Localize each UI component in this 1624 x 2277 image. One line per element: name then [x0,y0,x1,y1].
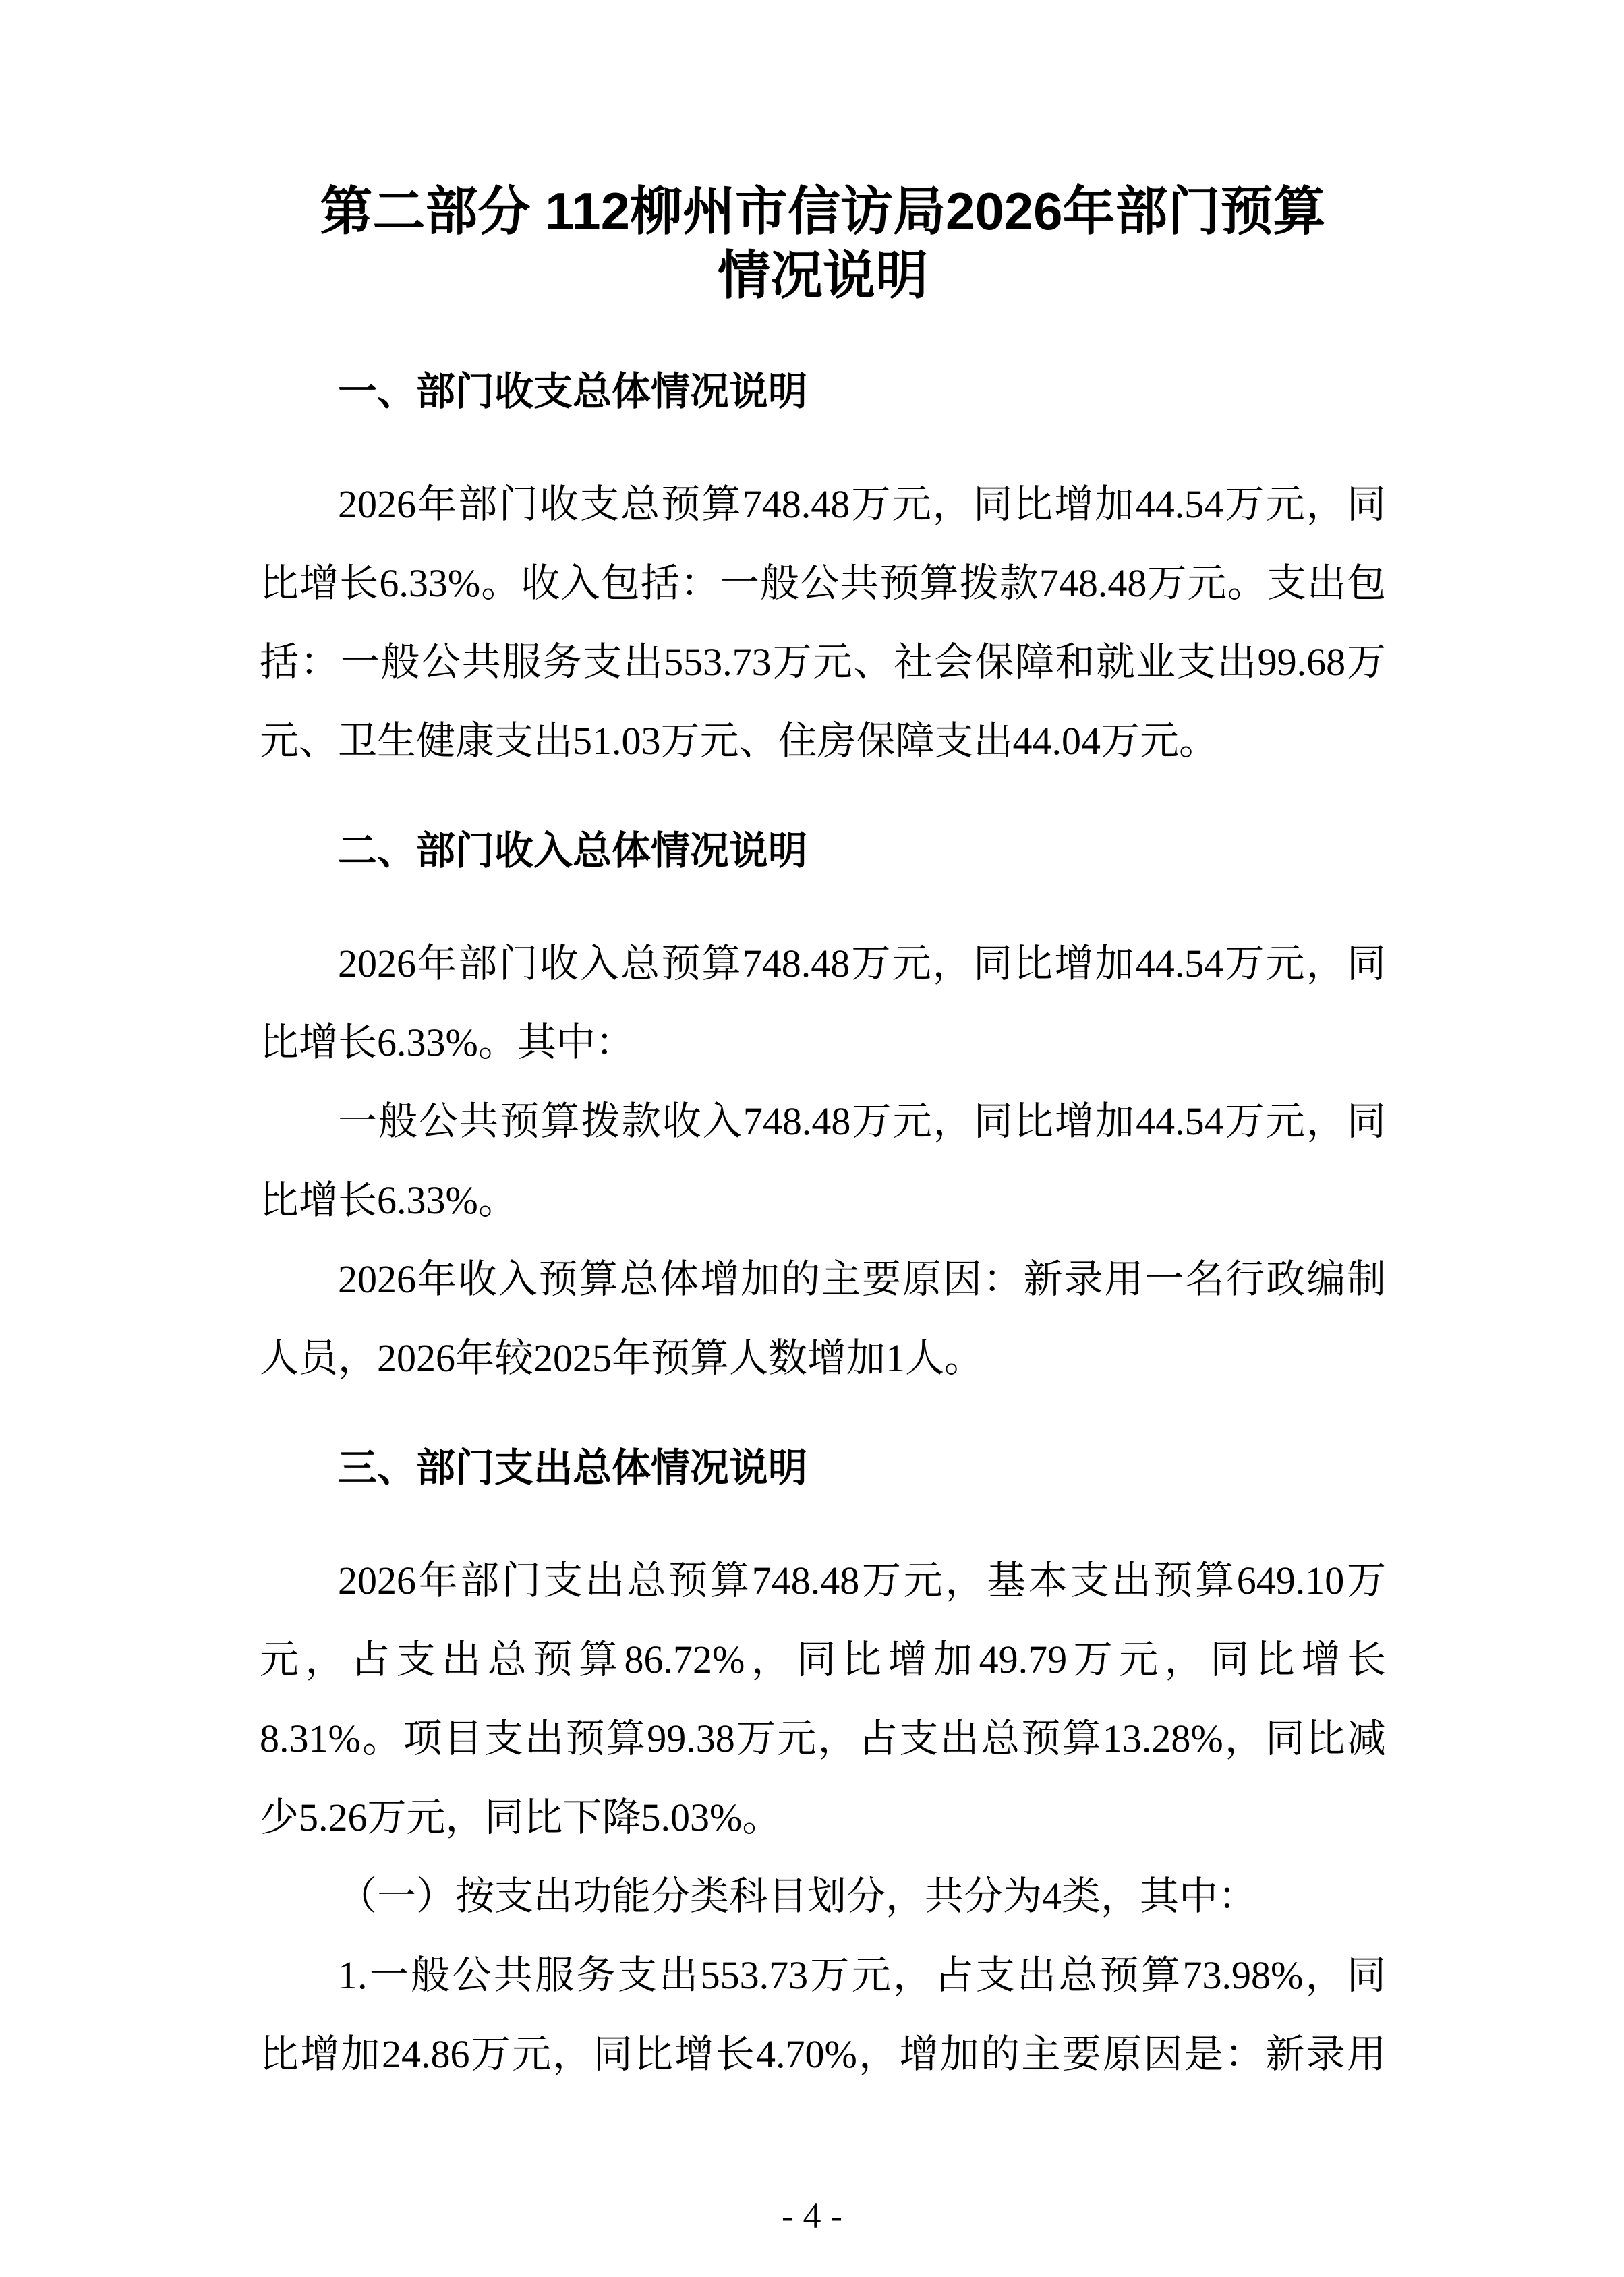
section-heading-expense-overview: 三、部门支出总体情况说明 [260,1429,1386,1507]
section-heading-income-overview: 二、部门收入总体情况说明 [260,811,1386,890]
paragraph: （一）按支出功能分类科目划分，共分为4类，其中： [260,1857,1386,1936]
document-page: 第二部分 112柳州市信访局2026年部门预算情况说明 一、部门收支总体情况说明… [0,0,1624,2277]
document-content: 第二部分 112柳州市信访局2026年部门预算情况说明 一、部门收支总体情况说明… [260,0,1386,2094]
paragraph-line: 元、卫生健康支出51.03万元、住房保障支出44.04万元。 [260,701,1386,780]
paragraph-line: 比增长6.33%。 [260,1161,1386,1240]
paragraph: 2026年收入预算总体增加的主要原因：新录用一名行政编制 人员，2026年较20… [260,1240,1386,1397]
paragraph-line: 2026年部门支出总预算748.48万元，基本支出预算649.10万 [260,1541,1386,1620]
paragraph: 1.一般公共服务支出553.73万元，占支出总预算73.98%，同 比增加24.… [260,1936,1386,2094]
paragraph-line: 一般公共预算拨款收入748.48万元，同比增加44.54万元，同 [260,1082,1386,1161]
paragraph-line: （一）按支出功能分类科目划分，共分为4类，其中： [260,1857,1386,1936]
paragraph-line: 人员，2026年较2025年预算人数增加1人。 [260,1319,1386,1397]
paragraph: 2026年部门支出总预算748.48万元，基本支出预算649.10万 元，占支出… [260,1541,1386,1857]
paragraph-line: 元，占支出总预算86.72%，同比增加49.79万元，同比增长 [260,1620,1386,1699]
paragraph: 一般公共预算拨款收入748.48万元，同比增加44.54万元，同 比增长6.33… [260,1082,1386,1240]
paragraph-line: 比增加24.86万元，同比增长4.70%，增加的主要原因是：新录用 [260,2015,1386,2094]
paragraph-line: 2026年部门收入总预算748.48万元，同比增加44.54万元，同 [260,924,1386,1003]
paragraph-line: 2026年收入预算总体增加的主要原因：新录用一名行政编制 [260,1240,1386,1319]
paragraph-line: 比增长6.33%。其中： [260,1003,1386,1082]
paragraph: 2026年部门收入总预算748.48万元，同比增加44.54万元，同 比增长6.… [260,924,1386,1082]
document-title-line-2: 情况说明 [718,246,928,305]
paragraph-line: 8.31%。项目支出预算99.38万元，占支出总预算13.28%，同比减 [260,1699,1386,1778]
paragraph-line: 少5.26万元，同比下降5.03%。 [260,1778,1386,1857]
paragraph: 2026年部门收支总预算748.48万元，同比增加44.54万元，同 比增长6.… [260,465,1386,780]
paragraph-line: 2026年部门收支总预算748.48万元，同比增加44.54万元，同 [260,465,1386,544]
paragraph-line: 1.一般公共服务支出553.73万元，占支出总预算73.98%，同 [260,1936,1386,2015]
section-heading-income-expense-overview: 一、部门收支总体情况说明 [260,352,1386,431]
document-title-line-1: 第二部分 112柳州市信访局2026年部门预算 [320,181,1325,241]
paragraph-line: 比增长6.33%。收入包括：一般公共预算拨款748.48万元。支出包 [260,544,1386,623]
document-title: 第二部分 112柳州市信访局2026年部门预算情况说明 [260,179,1386,308]
paragraph-line: 括：一般公共服务支出553.73万元、社会保障和就业支出99.68万 [260,623,1386,701]
page-number: - 4 - [0,2192,1624,2239]
